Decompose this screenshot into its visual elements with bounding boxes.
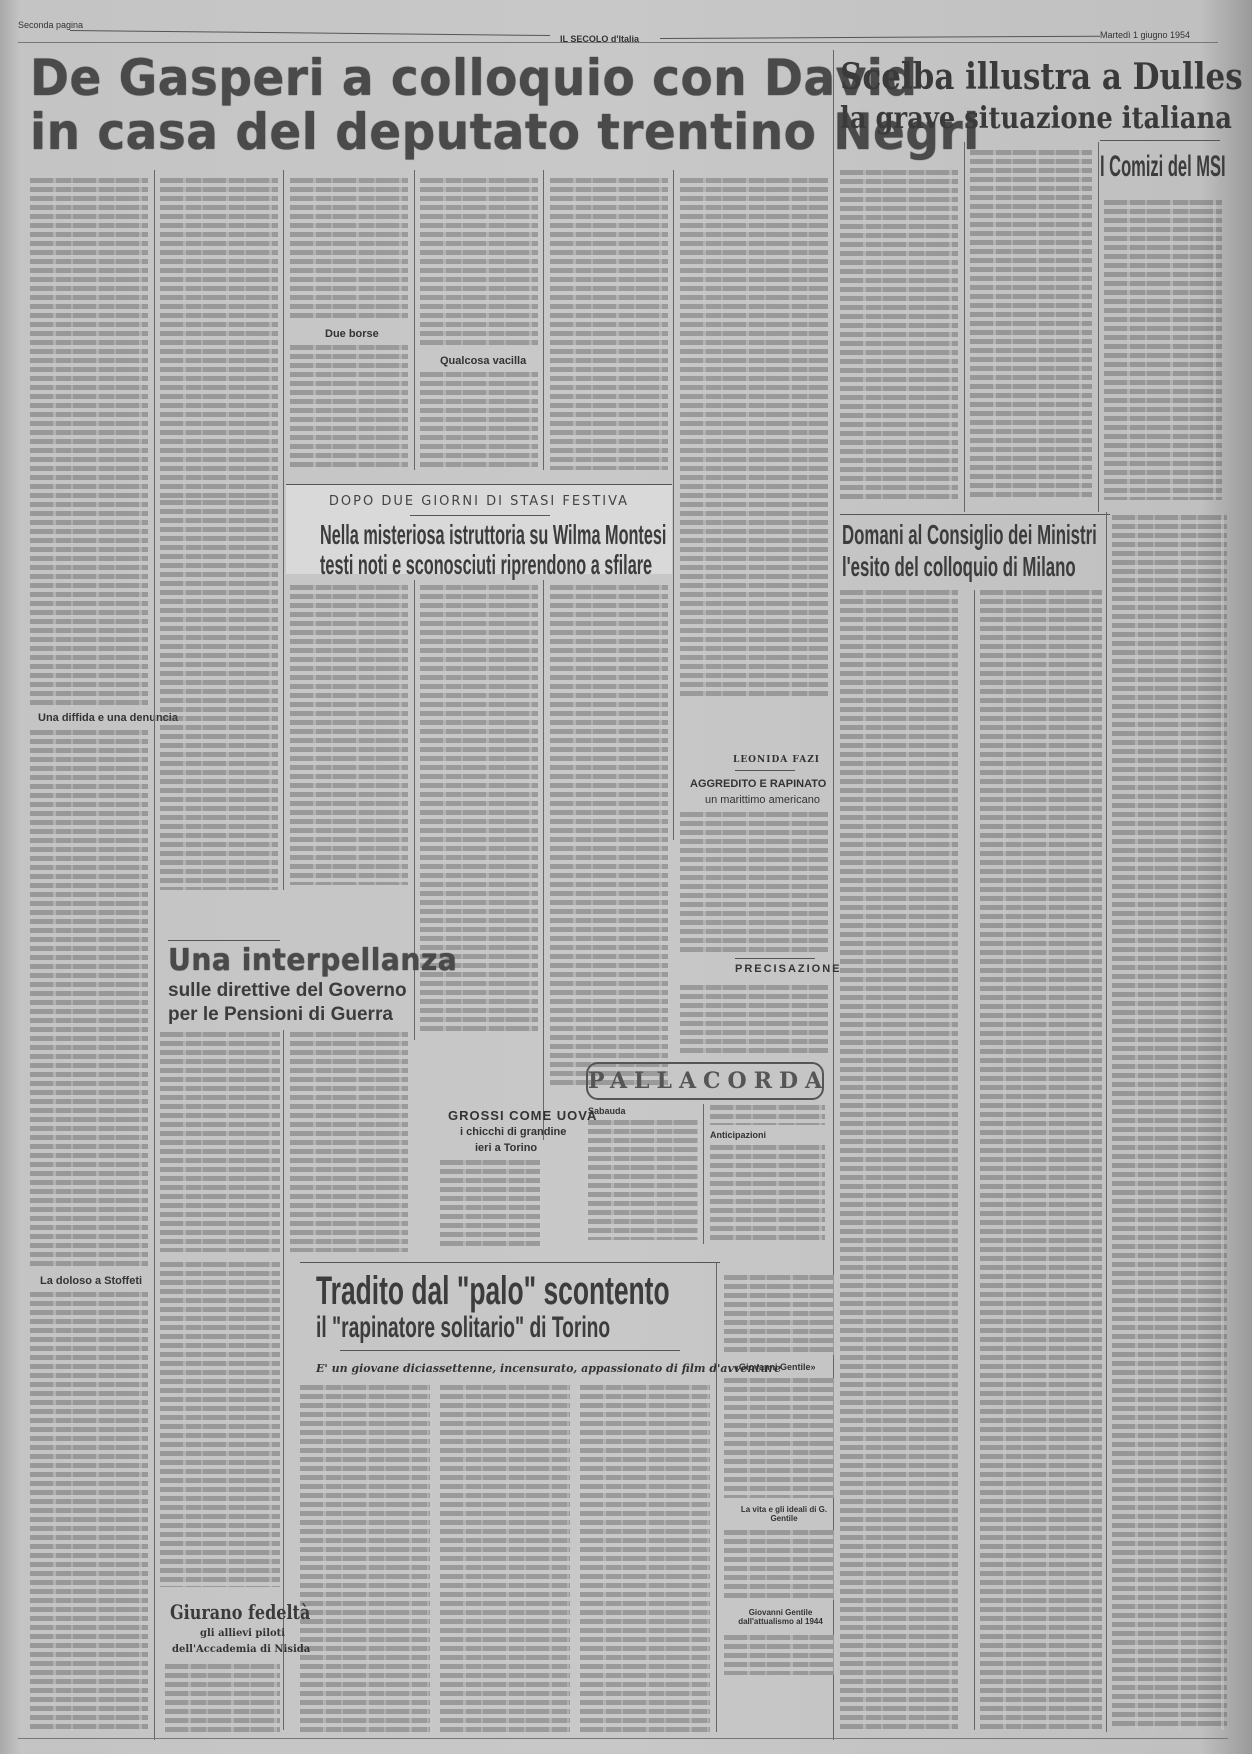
headline-precisazione: PRECISAZIONE xyxy=(735,963,842,975)
article-text-column xyxy=(840,590,958,1730)
article-text-column xyxy=(165,1664,280,1734)
article-text-column xyxy=(30,730,148,1270)
subhead-vita-ideali: La vita e gli ideali di G. Gentile xyxy=(734,1505,834,1523)
headline-rapinatore-line2: il "rapinatore solitario" di Torino xyxy=(316,1312,610,1344)
article-text-column xyxy=(420,178,538,348)
article-text-column xyxy=(724,1635,834,1675)
article-text-column xyxy=(724,1378,834,1498)
subhead-stoffeti: La doloso a Stoffeti xyxy=(40,1275,142,1287)
headline-montesi-line2: testi noti e sconosciuti riprendono a sf… xyxy=(320,550,652,580)
subhead-due-borse: Due borse xyxy=(325,328,379,340)
headline-scelba-line1: Scelba illustra a Dulles xyxy=(840,58,1243,96)
headline-aggredito-line2: un marittimo americano xyxy=(705,794,820,806)
article-text-column xyxy=(680,812,828,952)
article-text-column xyxy=(160,178,278,498)
subhead-diffida: Una diffida e una denuncia xyxy=(38,712,178,724)
headline-scelba-line2: la grave situazione italiana xyxy=(840,100,1232,138)
pallacorda-section-sabauda: Sabauda xyxy=(588,1106,626,1116)
article-text-column xyxy=(710,1105,825,1125)
issue-date: Martedì 1 giugno 1954 xyxy=(1100,30,1190,40)
headline-de-gasperi-line1: De Gasperi a colloquio con David xyxy=(30,52,917,104)
article-text-column xyxy=(160,500,278,890)
article-text-column xyxy=(160,1262,280,1587)
pallacorda-section-anticipazioni: Anticipazioni xyxy=(710,1130,766,1140)
article-text-column xyxy=(588,1120,698,1240)
article-text-column xyxy=(724,1275,834,1355)
deck-rapinatore: E' un giovane diciassettenne, incensurat… xyxy=(316,1362,781,1375)
article-text-column xyxy=(1112,515,1227,1730)
article-text-column xyxy=(550,178,668,470)
headline-grandine-line3: ieri a Torino xyxy=(475,1142,537,1154)
headline-giurano-line1: Giurano fedeltà xyxy=(170,1600,310,1624)
article-text-column xyxy=(300,1385,430,1735)
article-text-column xyxy=(1104,200,1222,500)
article-text-column xyxy=(680,985,828,1055)
newspaper-page: Seconda pagina IL SECOLO d'Italia Marted… xyxy=(0,0,1252,1754)
article-text-column xyxy=(840,170,958,500)
article-text-column xyxy=(440,1385,570,1735)
article-text-column xyxy=(724,1530,834,1600)
headline-rapinatore-line1: Tradito dal "palo" scontento xyxy=(316,1270,670,1312)
headline-aggredito-line1: AGGREDITO E RAPINATO xyxy=(690,778,826,790)
headline-giurano-line3: dell'Accademia di Nisida xyxy=(172,1644,310,1655)
headline-comizi: I Comizi del MSI xyxy=(1100,150,1226,184)
article-text-column xyxy=(160,1032,280,1252)
headline-grandine-line1: GROSSI COME UOVA xyxy=(448,1108,597,1123)
article-text-column xyxy=(30,178,148,708)
article-text-column xyxy=(980,590,1102,1730)
headline-interpellanza-line1: Una interpellanza xyxy=(168,945,457,977)
article-text-column xyxy=(440,1160,540,1250)
kicker-montesi: DOPO DUE GIORNI DI STASI FESTIVA xyxy=(286,494,672,509)
byline-leonida-fazi: LEONIDA FAZI xyxy=(680,755,820,765)
subhead-gentile-attualismo: Giovanni Gentile dall'attualismo al 1944 xyxy=(728,1608,833,1626)
article-text-column xyxy=(580,1385,710,1735)
headline-montesi-line1: Nella misteriosa istruttoria su Wilma Mo… xyxy=(320,520,666,550)
headline-consiglio-line1: Domani al Consiglio dei Ministri xyxy=(842,520,1097,550)
article-text-column xyxy=(550,585,668,1085)
article-text-column xyxy=(290,178,408,318)
page-label: Seconda pagina xyxy=(18,20,83,30)
headline-interpellanza-line3: per le Pensioni di Guerra xyxy=(168,1004,393,1026)
headline-interpellanza-line2: sulle direttive del Governo xyxy=(168,980,407,1002)
article-text-column xyxy=(290,345,408,470)
headline-grandine-line2: i chicchi di grandine xyxy=(460,1126,566,1138)
headline-pallacorda: PALLACORDA xyxy=(586,1062,824,1100)
article-text-column xyxy=(290,585,408,885)
headline-giurano-line2: gli allievi piloti xyxy=(200,1628,285,1639)
article-text-column xyxy=(710,1145,825,1240)
subhead-giovanni-gentile: «Giovanni Gentile» xyxy=(734,1362,816,1372)
article-text-column xyxy=(290,1032,408,1252)
article-text-column xyxy=(420,372,538,470)
headline-de-gasperi-line2: in casa del deputato trentino Negri xyxy=(30,106,980,158)
subhead-qualcosa-vacilla: Qualcosa vacilla xyxy=(440,355,526,367)
article-text-column xyxy=(680,178,828,698)
headline-consiglio-line2: l'esito del colloquio di Milano xyxy=(842,552,1076,582)
article-text-column xyxy=(970,150,1092,500)
article-text-column xyxy=(30,1292,148,1732)
